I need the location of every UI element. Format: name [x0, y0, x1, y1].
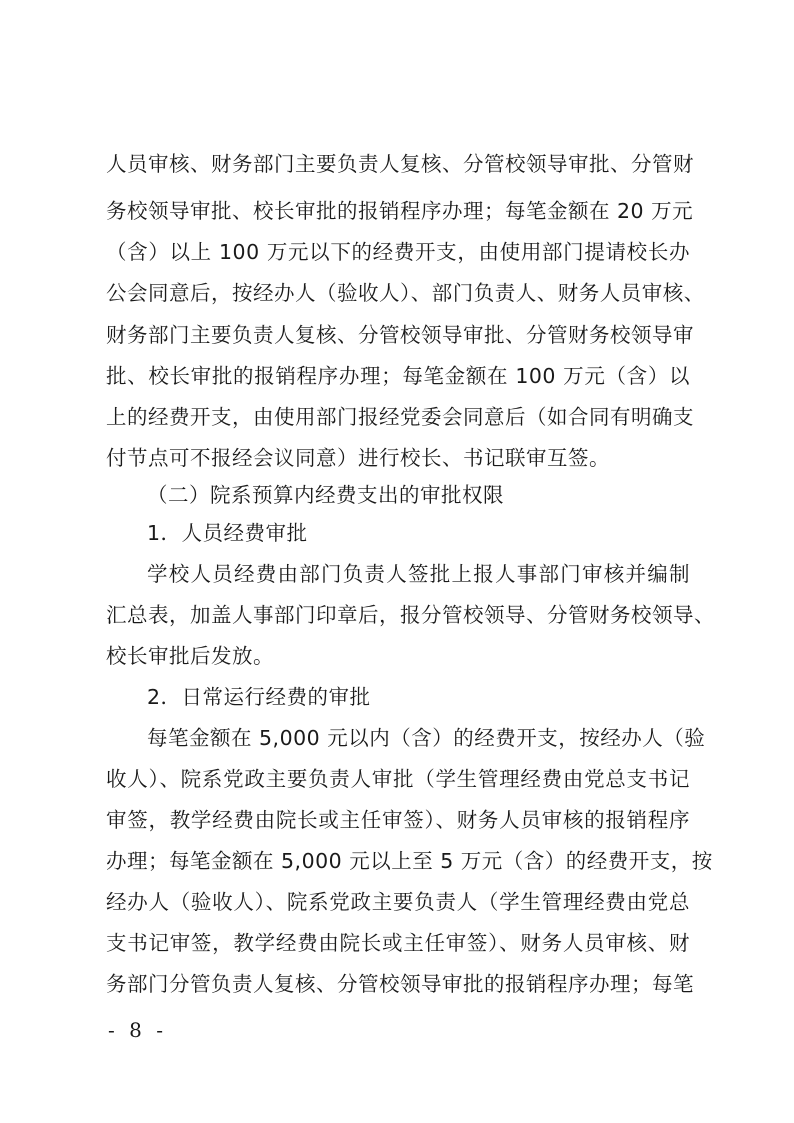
paragraph-line: 批、校长审批的报销程序办理；每笔金额在 100 万元（含）以 — [106, 364, 690, 388]
paragraph-line: 财务部门主要负责人复核、分管校领导审批、分管财务校领导审 — [106, 323, 690, 347]
paragraph-line: 经办人（验收人）、院系党政主要负责人（学生管理经费由党总 — [106, 890, 690, 914]
paragraph-line: 每笔金额在 5,000 元以内（含）的经费开支，按经办人（验 — [147, 726, 690, 750]
paragraph-line: 收人）、院系党政主要负责人审批（学生管理经费由党总支书记 — [106, 767, 690, 791]
paragraph-line: 汇总表，加盖人事部门印章后，报分管校领导、分管财务校领导、 — [106, 603, 690, 627]
paragraph-line: 付节点可不报经会议同意）进行校长、书记联审互签。 — [106, 446, 690, 470]
paragraph-line: 审签，教学经费由院长或主任审签）、财务人员审核的报销程序 — [106, 808, 690, 832]
paragraph-line: 办理；每笔金额在 5,000 元以上至 5 万元（含）的经费开支，按 — [106, 849, 690, 873]
paragraph-line: （含）以上 100 万元以下的经费开支，由使用部门提请校长办 — [106, 240, 690, 264]
section-heading: （二）院系预算内经费支出的审批权限 — [147, 483, 690, 507]
subsection-heading: 1．人员经费审批 — [147, 521, 690, 545]
subsection-heading: 2．日常运行经费的审批 — [147, 685, 690, 709]
paragraph-line: 公会同意后，按经办人（验收人）、部门负责人、财务人员审核、 — [106, 281, 690, 305]
paragraph-line: 务校领导审批、校长审批的报销程序办理；每笔金额在 20 万元 — [106, 199, 690, 223]
document-page: 人员审核、财务部门主要负责人复核、分管校领导审批、分管财 务校领导审批、校长审批… — [0, 0, 794, 1123]
paragraph-line: 学校人员经费由部门负责人签批上报人事部门审核并编制 — [147, 562, 690, 586]
paragraph-line: 上的经费开支，由使用部门报经党委会同意后（如合同有明确支 — [106, 405, 690, 429]
paragraph-line: 人员审核、财务部门主要负责人复核、分管校领导审批、分管财 — [106, 152, 690, 176]
paragraph-line: 务部门分管负责人复核、分管校领导审批的报销程序办理；每笔 — [106, 972, 690, 996]
paragraph-line: 支书记审签，教学经费由院长或主任审签）、财务人员审核、财 — [106, 931, 690, 955]
paragraph-line: 校长审批后发放。 — [106, 644, 690, 668]
page-number: - 8 - — [108, 1018, 167, 1042]
